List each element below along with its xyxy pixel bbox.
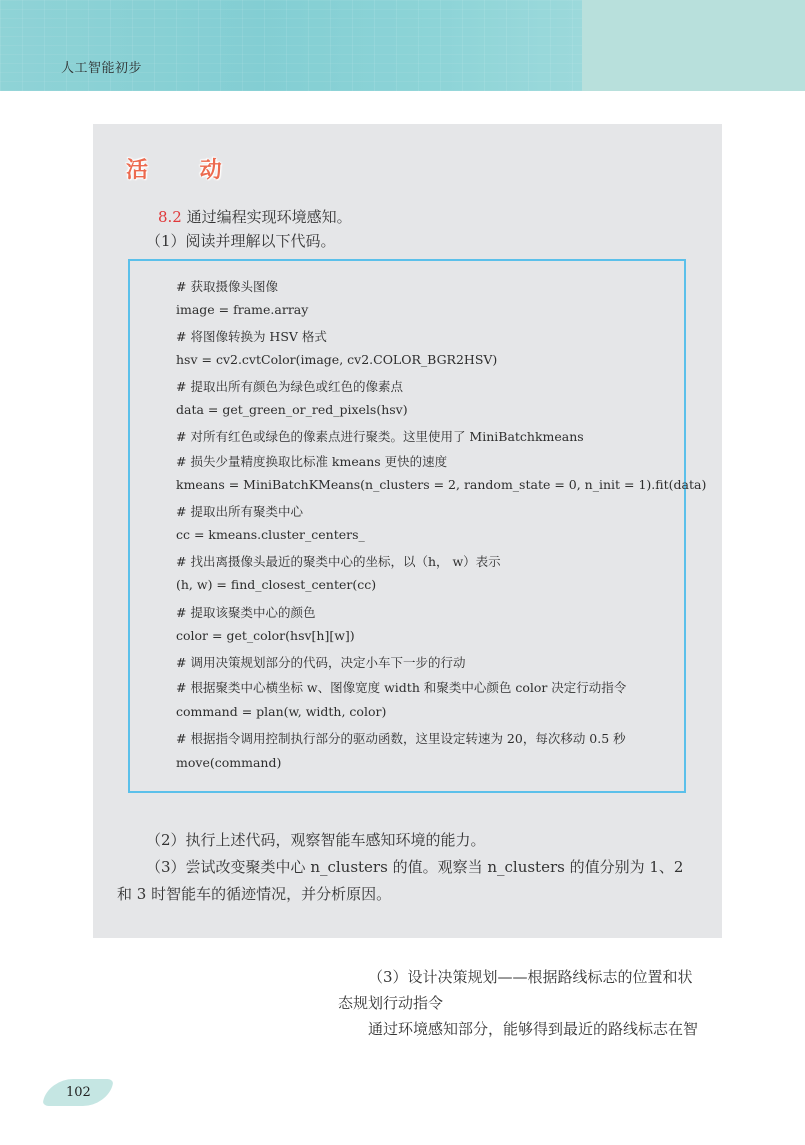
code-line: color = get_color(hsv[h][w]) [176, 628, 355, 643]
step-3-line-2: 和 3 时智能车的循迹情况，并分析原因。 [117, 883, 391, 904]
code-line: # 根据指令调用控制执行部分的驱动函数，这里设定转速为 20，每次移动 0.5 … [176, 729, 626, 747]
code-line: cc = kmeans.cluster_centers_ [176, 527, 365, 542]
header-code-texture [0, 0, 582, 91]
code-line: kmeans = MiniBatchKMeans(n_clusters = 2,… [176, 477, 706, 492]
code-line: hsv = cv2.cvtColor(image, cv2.COLOR_BGR2… [176, 352, 497, 367]
header-band-mint [582, 0, 805, 91]
page-number: 102 [66, 1085, 91, 1100]
code-line: # 将图像转换为 HSV 格式 [176, 327, 327, 345]
body-paragraph: 通过环境感知部分，能够得到最近的路线标志在智 [368, 1018, 698, 1039]
code-line: image = frame.array [176, 302, 308, 317]
code-line: # 找出离摄像头最近的聚类中心的坐标，以（h， w）表示 [176, 552, 501, 570]
step-2: （2）执行上述代码，观察智能车感知环境的能力。 [146, 829, 486, 850]
code-line: # 损失少量精度换取比标准 kmeans 更快的速度 [176, 452, 447, 470]
task-title: 通过编程实现环境感知。 [187, 208, 352, 226]
section-heading-line-2: 态规划行动指令 [338, 992, 443, 1013]
activity-heading: 活 动 [126, 153, 244, 184]
code-line: # 提取该聚类中心的颜色 [176, 603, 315, 621]
task-number: 8.2 [158, 208, 182, 226]
code-line: command = plan(w, width, color) [176, 704, 386, 719]
code-line: # 调用决策规划部分的代码，决定小车下一步的行动 [176, 653, 465, 671]
code-line: move(command) [176, 755, 281, 770]
code-line: # 根据聚类中心横坐标 w、图像宽度 width 和聚类中心颜色 color 决… [176, 678, 626, 696]
header-band-teal [0, 0, 582, 91]
page-header: 人工智能初步 [0, 0, 805, 91]
step-1: （1）阅读并理解以下代码。 [146, 230, 336, 251]
code-line: (h, w) = find_closest_center(cc) [176, 577, 376, 592]
code-line: data = get_green_or_red_pixels(hsv) [176, 402, 408, 417]
task-title-line: 8.2 通过编程实现环境感知。 [158, 206, 352, 227]
code-line: # 提取出所有颜色为绿色或红色的像素点 [176, 377, 403, 395]
book-title: 人工智能初步 [61, 57, 142, 76]
section-heading-line-1: （3）设计决策规划——根据路线标志的位置和状 [368, 966, 693, 987]
code-line: # 对所有红色或绿色的像素点进行聚类。这里使用了 MiniBatchkmeans [176, 427, 584, 445]
code-line: # 获取摄像头图像 [176, 277, 278, 295]
code-line: # 提取出所有聚类中心 [176, 502, 303, 520]
step-3-line-1: （3）尝试改变聚类中心 n_clusters 的值。观察当 n_clusters… [146, 856, 683, 877]
